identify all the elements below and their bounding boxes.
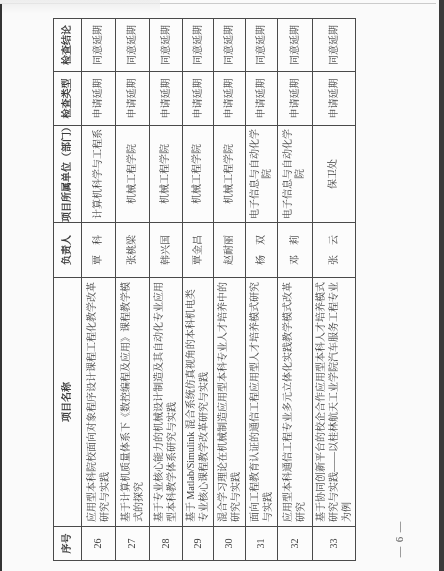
- cell-project-name: 应用型本科院校面向对象程序设计课程工程化教学改革研究与实践: [82, 278, 116, 527]
- cell-conclusion: 同意延期: [150, 19, 183, 72]
- cell-leader: 赵耐丽: [214, 223, 246, 278]
- cell-leader: 覃 科: [82, 223, 116, 278]
- rotated-landscape-sheet: 序号 项目名称 负责人 项目所属单位（部门） 检查类型 检查结论 26 应用型本…: [0, 0, 444, 571]
- table-row: 29 基于 Matlab/Simulink 混合系统仿真视角的本科机电类专业核心…: [183, 19, 214, 561]
- cell-check-type: 申请延期: [150, 72, 183, 126]
- cell-project-name: 基于 Matlab/Simulink 混合系统仿真视角的本科机电类专业核心课程教…: [183, 278, 214, 527]
- cell-conclusion: 同意延期: [183, 19, 214, 72]
- cell-unit: 机械工程学院: [214, 126, 246, 223]
- cell-check-type: 申请延期: [214, 72, 246, 126]
- cell-conclusion: 同意延期: [313, 19, 356, 72]
- cell-conclusion: 同意延期: [246, 19, 278, 72]
- cell-index: 27: [116, 527, 150, 561]
- page-number: — 6 —: [395, 517, 406, 561]
- table-row: 33 基于协同创新平台的校企合作应用型本科人才培养模式研究与实践——以桂林航天工…: [313, 19, 356, 561]
- cell-conclusion: 同意延期: [82, 19, 116, 72]
- cell-unit: 机械工程学院: [150, 126, 183, 223]
- cell-check-type: 申请延期: [183, 72, 214, 126]
- cell-unit: 机械工程学院: [183, 126, 214, 223]
- scan-artifact-left-edge: [0, 4, 2, 571]
- header-leader: 负责人: [54, 223, 82, 278]
- cell-conclusion: 同意延期: [278, 19, 313, 72]
- cell-index: 30: [214, 527, 246, 561]
- cell-leader: 张桃梁: [116, 223, 150, 278]
- cell-check-type: 申请延期: [278, 72, 313, 126]
- cell-index: 28: [150, 527, 183, 561]
- cell-leader: 杨 双: [246, 223, 278, 278]
- table-row: 28 基于专业核心能力的机械设计制造及其自动化专业应用型本科教学体系研究与实践 …: [150, 19, 183, 561]
- table-header-row: 序号 项目名称 负责人 项目所属单位（部门） 检查类型 检查结论: [54, 19, 82, 561]
- table-row: 30 混合学习理论在机械制造应用型本科专业人才培养中的研究与实践 赵耐丽 机械工…: [214, 19, 246, 561]
- cell-project-name: 应用型本科通信工程专业多元立体化实践教学模式改革研究: [278, 278, 313, 527]
- cell-check-type: 申请延期: [246, 72, 278, 126]
- table-row: 32 应用型本科通信工程专业多元立体化实践教学模式改革研究 邓 莉 电子信息与自…: [278, 19, 313, 561]
- cell-index: 26: [82, 527, 116, 561]
- cell-project-name: 混合学习理论在机械制造应用型本科专业人才培养中的研究与实践: [214, 278, 246, 527]
- project-check-table: 序号 项目名称 负责人 项目所属单位（部门） 检查类型 检查结论 26 应用型本…: [53, 18, 356, 561]
- cell-leader: 韩兴国: [150, 223, 183, 278]
- scanned-page: 序号 项目名称 负责人 项目所属单位（部门） 检查类型 检查结论 26 应用型本…: [0, 0, 444, 571]
- cell-unit: 电子信息与自动化学院: [246, 126, 278, 223]
- cell-index: 32: [278, 527, 313, 561]
- header-check-type: 检查类型: [54, 72, 82, 126]
- header-index: 序号: [54, 527, 82, 561]
- cell-conclusion: 同意延期: [116, 19, 150, 72]
- cell-project-name: 面向工程教育认证的通信工程应用型人才培养模式研究与实践: [246, 278, 278, 527]
- cell-index: 33: [313, 527, 356, 561]
- cell-project-name: 基于计算机质量体系下《数控编程及应用》课程教学模式的探究: [116, 278, 150, 527]
- cell-conclusion: 同意延期: [214, 19, 246, 72]
- header-project-name: 项目名称: [54, 278, 82, 527]
- table-row: 26 应用型本科院校面向对象程序设计课程工程化教学改革研究与实践 覃 科 计算机…: [82, 19, 116, 561]
- cell-check-type: 申请延期: [116, 72, 150, 126]
- table-row: 31 面向工程教育认证的通信工程应用型人才培养模式研究与实践 杨 双 电子信息与…: [246, 19, 278, 561]
- cell-unit: 保卫处: [313, 126, 356, 223]
- cell-check-type: 申请延期: [82, 72, 116, 126]
- cell-check-type: 申请延期: [313, 72, 356, 126]
- cell-project-name: 基于协同创新平台的校企合作应用型本科人才培养模式研究与实践——以桂林航天工业学院…: [313, 278, 356, 527]
- cell-leader: 覃金昌: [183, 223, 214, 278]
- table-row: 27 基于计算机质量体系下《数控编程及应用》课程教学模式的探究 张桃梁 机械工程…: [116, 19, 150, 561]
- cell-leader: 邓 莉: [278, 223, 313, 278]
- cell-index: 29: [183, 527, 214, 561]
- header-unit: 项目所属单位（部门）: [54, 126, 82, 223]
- scan-artifact-right-edge-shadow: [439, 0, 444, 571]
- cell-unit: 机械工程学院: [116, 126, 150, 223]
- cell-project-name: 基于专业核心能力的机械设计制造及其自动化专业应用型本科教学体系研究与实践: [150, 278, 183, 527]
- header-conclusion: 检查结论: [54, 19, 82, 72]
- cell-index: 31: [246, 527, 278, 561]
- cell-unit: 电子信息与自动化学院: [278, 126, 313, 223]
- cell-unit: 计算机科学与工程系: [82, 126, 116, 223]
- cell-leader: 张 云: [313, 223, 356, 278]
